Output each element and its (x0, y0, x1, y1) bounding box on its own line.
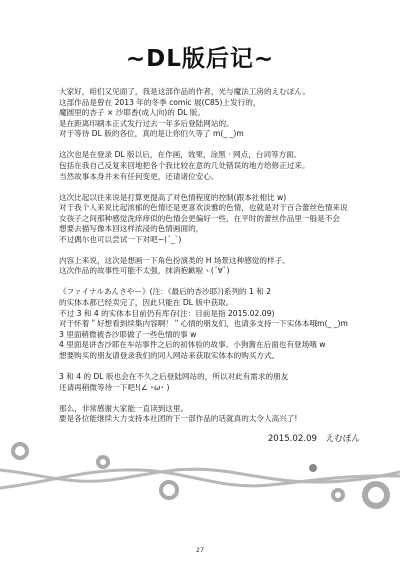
page-number: 27 (0, 546, 400, 554)
text-line: 这部作品是曾在 2013 年的冬季 comic 展(C85)上发行的， (59, 98, 359, 109)
text-line: 对于我个人来说比起浓郁的色情还是更喜欢淡雅的色情，也就是对于百合蕾丝色情来说 (59, 203, 359, 214)
text-line: 3 里面稍微被杏沙耶做了一些色情的事 w (59, 330, 359, 341)
paragraph-7: 那么，非常感谢大家能一直读到这里。 要是各位能继续大力支持本社团的下一部作品的话… (59, 404, 359, 425)
text-line: 魔圆里的杏子 × 沙耶香(成人向)的 DL 版。 (59, 108, 359, 119)
decorative-vine-divider (0, 440, 400, 520)
text-line: 的实体本都已经卖完了，因此只能在 DL 版中获取。 (59, 298, 359, 309)
text-line: 这次作品的故事性可能不太强，抹消抱歉啦ヽ(´∀`) (59, 266, 359, 277)
text-line: 4 里面是讲杏沙耶在车站事件之后的初体验的故事。小狗酱在后面也有登场哦 w (59, 340, 359, 351)
paragraph-1: 大家好，咱们又见面了，我是这部作品的作者，光与魔法工房的えむぽん。 这部作品是曾… (59, 87, 359, 140)
text-line: 这次也是在登录 DL 版以后，在作画，效果，涂黑 · 网点，台词等方面。 (59, 150, 359, 161)
afterword-body: 大家好，咱们又见面了，我是这部作品的作者，光与魔法工房的えむぽん。 这部作品是曾… (59, 87, 359, 435)
page-title: ~DL版后记~ (0, 40, 400, 73)
text-line: 当然故事本身并未有任何变更，还请诸位安心。 (59, 172, 359, 183)
text-line: 对于怀着＂好想看到续集内容啊！＂心情的朋友们，也请多支持一下实体本哦m(_ _)… (59, 319, 359, 330)
text-line: 是在距离印刷本正式发行过去一年多后登陆网站的。 (59, 119, 359, 130)
text-line: 这次比起以往来说是打算更提高了对色情程度的控制(跟本社相比 w) (59, 193, 359, 204)
text-line: 不过 3 和 4 的实体本目前仍有库存(注：目前是指 2015.02.09) (59, 309, 359, 320)
bubble-icon (13, 444, 27, 458)
text-line: 想要购买的朋友请登录我们的同人网站来获取实体本的购买方式。 (59, 351, 359, 362)
paragraph-6: 3 和 4 的 DL 版也会在不久之后登陆网站的，所以对此有需求的朋友 还请再稍… (59, 372, 359, 393)
text-line: 内容上来说，这次是想画一下角色扮演类的 H 场景这种感觉的样子。 (59, 256, 359, 267)
text-line: 想要去描写像本回这样浓浸的色情画面的， (59, 224, 359, 235)
text-line: 大家好，咱们又见面了，我是这部作品的作者，光与魔法工房的えむぽん。 (59, 87, 359, 98)
paragraph-5: 《ファイナルあんさやー》(注：《最后的杏沙耶》)系列的 1 和 2 的实体本都已… (59, 287, 359, 361)
text-line: 要是各位能继续大力支持本社团的下一部作品的话就真的太令人高兴了! (59, 414, 359, 425)
paragraph-2: 这次也是在登录 DL 版以后，在作画，效果，涂黑 · 网点，台词等方面。 包括在… (59, 150, 359, 182)
text-line: 对于等待 DL 版的各位，真的是让你们久等了 m(_ _)m (59, 129, 359, 140)
text-line: 女孩子之间那种感觉洗痒痒似的色情会更偏好一些，在平时的蕾丝作品里一般是不会 (59, 214, 359, 225)
text-line: 那么，非常感谢大家能一直读到这里。 (59, 404, 359, 415)
text-line: 不过偶尔也可以尝试一下对吧~(´_`) (59, 235, 359, 246)
text-line: 《ファイナルあんさやー》(注：《最后的杏沙耶》)系列的 1 和 2 (59, 287, 359, 298)
paragraph-3: 这次比起以往来说是打算更提高了对色情程度的控制(跟本社相比 w) 对于我个人来说… (59, 193, 359, 246)
text-line: 3 和 4 的 DL 版也会在不久之后登陆网站的，所以对此有需求的朋友 (59, 372, 359, 383)
paragraph-4: 内容上来说，这次是想画一下角色扮演类的 H 场景这种感觉的样子。 这次作品的故事… (59, 256, 359, 277)
text-line: 包括在我自己反复来回地把各个我比较在意的几处错误的地方给修正过来。 (59, 161, 359, 172)
text-line: 还请再稍微等待一下吧!(∠ ･ω･ ) (59, 383, 359, 394)
